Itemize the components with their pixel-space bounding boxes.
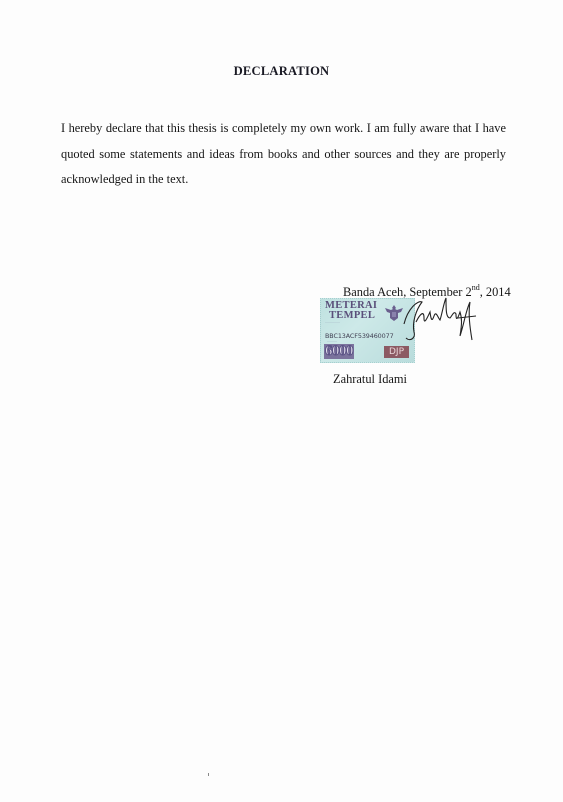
stamp-serial: BBC13ACF539460077 — [325, 332, 394, 340]
stamp-title-line2: TEMPEL — [329, 311, 377, 321]
stamp-value: 6000 — [324, 344, 354, 359]
paragraph-line: I hereby declare that this thesis is com… — [61, 116, 506, 142]
stamp-fine-print: ··············· — [325, 321, 340, 325]
paragraph-line: quoted some statements and ideas from bo… — [61, 142, 506, 168]
stamp-title: METERAI TEMPEL — [325, 301, 377, 320]
handwritten-signature — [398, 288, 488, 348]
scan-artifact — [208, 773, 209, 776]
declaration-paragraph: I hereby declare that this thesis is com… — [61, 116, 506, 193]
signer-name: Zahratul Idami — [333, 372, 407, 387]
page-title: DECLARATION — [0, 64, 563, 79]
paragraph-line: acknowledged in the text. — [61, 167, 506, 193]
